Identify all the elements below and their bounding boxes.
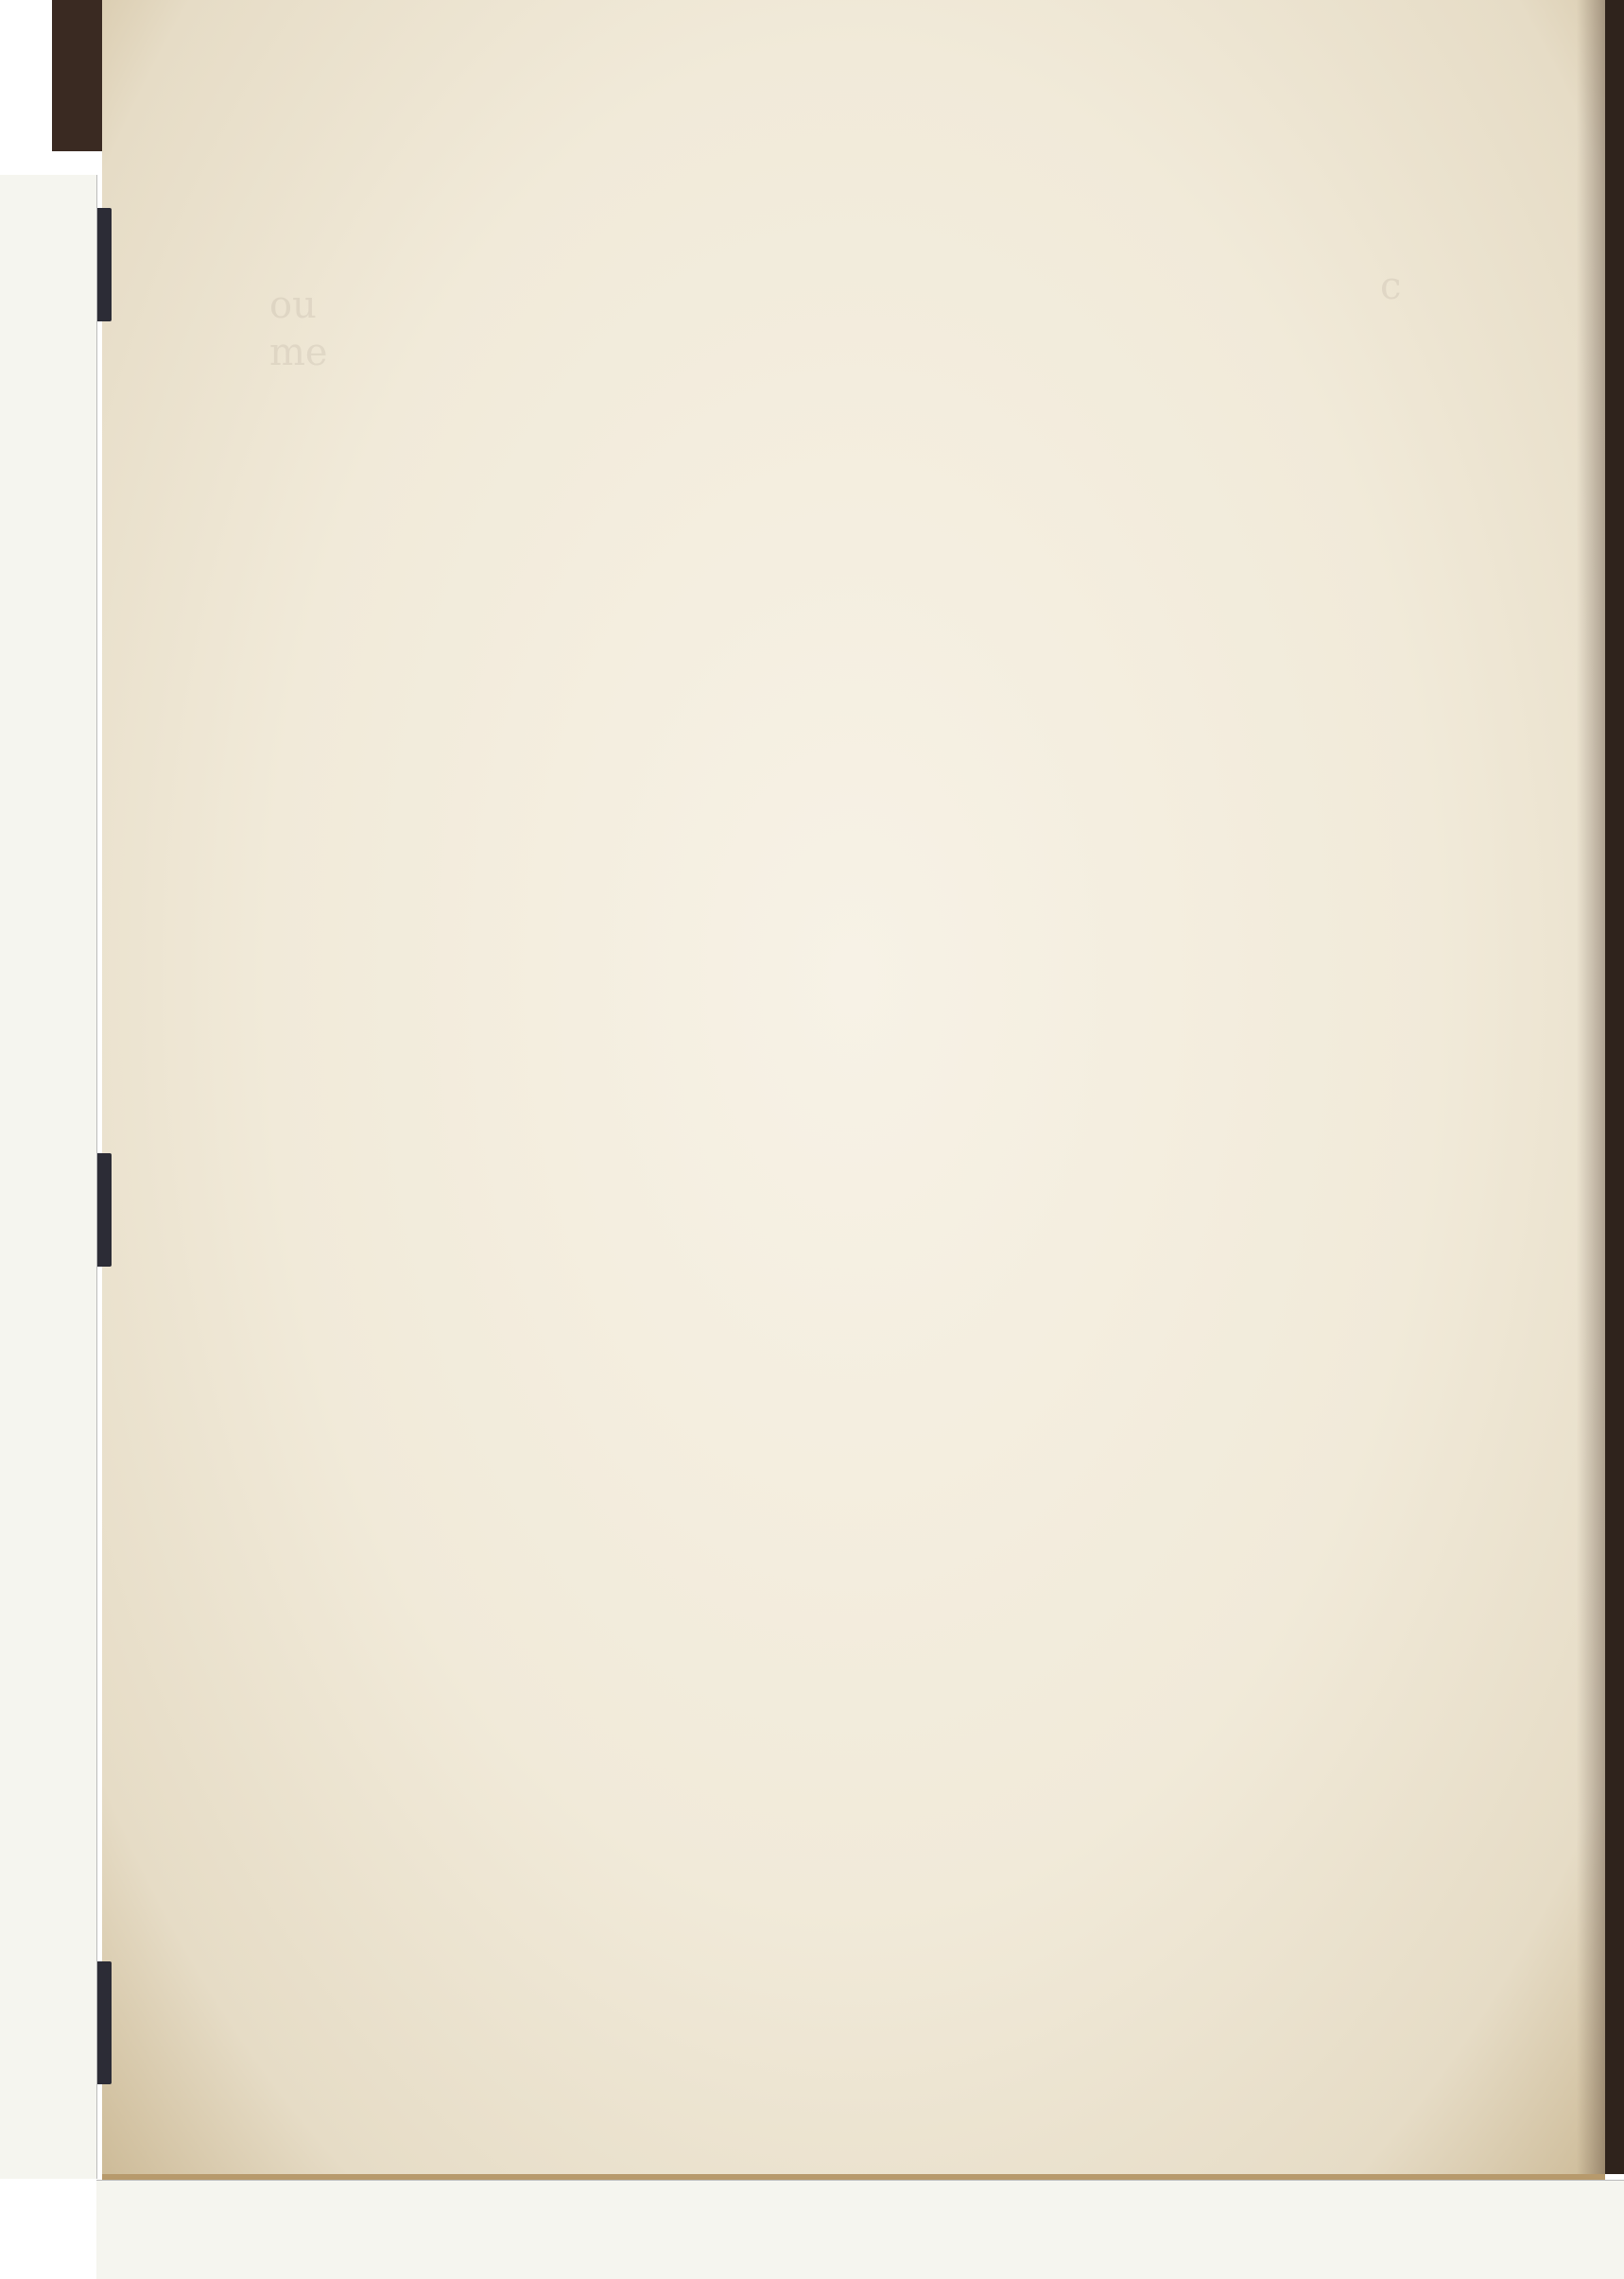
canon-table-note: [865, 260, 907, 447]
horizontal-ruler: [96, 2180, 1624, 2279]
show-through-text: ou: [269, 284, 317, 327]
canon-table-note: [161, 515, 199, 661]
manuscript-page: [102, 0, 1605, 2180]
show-through-text: me: [269, 331, 328, 374]
canon-table-note: [855, 1621, 898, 1767]
margin-gloss: [203, 1134, 214, 1238]
vertical-ruler: [0, 175, 97, 2179]
canon-table-note: [865, 1276, 893, 1422]
show-through-text: c: [1380, 265, 1401, 308]
page-edge: [1605, 0, 1624, 2174]
canon-table-note: [168, 1340, 192, 1528]
